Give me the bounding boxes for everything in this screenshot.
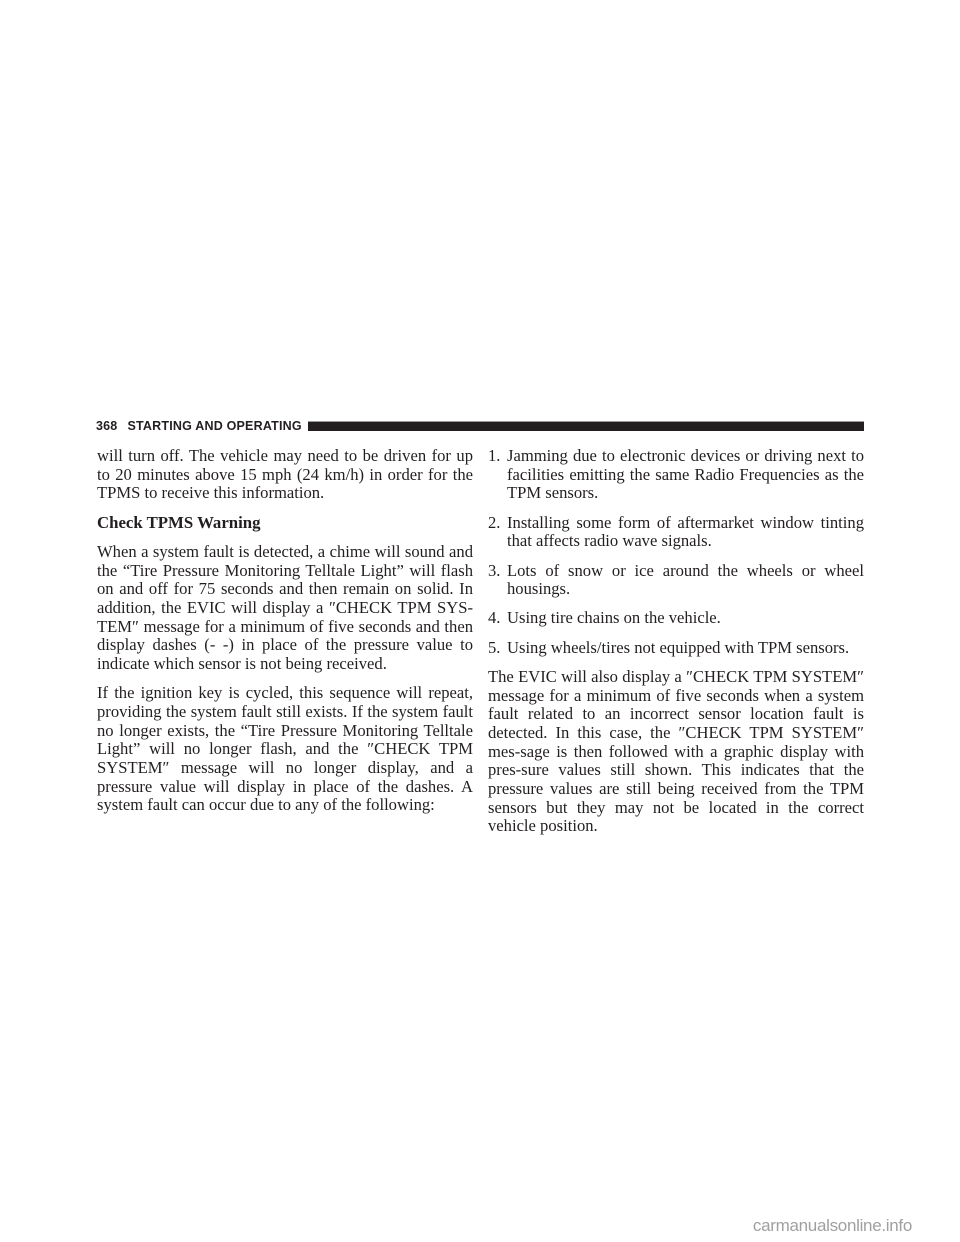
list-number: 5.	[488, 639, 507, 658]
list-item: 1. Jamming due to electronic devices or …	[488, 447, 864, 503]
list-item: 3. Lots of snow or ice around the wheels…	[488, 562, 864, 599]
paragraph: When a system fault is detected, a chime…	[97, 543, 473, 674]
continuation-paragraph: will turn off. The vehicle may need to b…	[97, 447, 473, 503]
left-column: will turn off. The vehicle may need to b…	[97, 447, 473, 826]
list-text: Installing some form of aftermarket wind…	[507, 514, 864, 551]
right-column: 1. Jamming due to electronic devices or …	[488, 447, 864, 847]
page-header: 368 STARTING AND OPERATING	[96, 420, 864, 432]
list-item: 4. Using tire chains on the vehicle.	[488, 609, 864, 628]
list-item: 5. Using wheels/tires not equipped with …	[488, 639, 864, 658]
list-text: Lots of snow or ice around the wheels or…	[507, 562, 864, 599]
list-number: 3.	[488, 562, 507, 599]
page-number: 368	[96, 419, 117, 433]
header-rule	[308, 421, 864, 431]
section-heading: Check TPMS Warning	[97, 514, 473, 533]
list-number: 2.	[488, 514, 507, 551]
watermark: carmanualsonline.info	[753, 1216, 912, 1236]
paragraph: If the ignition key is cycled, this sequ…	[97, 684, 473, 815]
paragraph: The EVIC will also display a ″CHECK TPM …	[488, 668, 864, 836]
list-text: Using tire chains on the vehicle.	[507, 609, 864, 628]
list-text: Using wheels/tires not equipped with TPM…	[507, 639, 864, 658]
list-text: Jamming due to electronic devices or dri…	[507, 447, 864, 503]
list-number: 4.	[488, 609, 507, 628]
list-item: 2. Installing some form of aftermarket w…	[488, 514, 864, 551]
list-number: 1.	[488, 447, 507, 503]
section-title: STARTING AND OPERATING	[127, 419, 301, 433]
